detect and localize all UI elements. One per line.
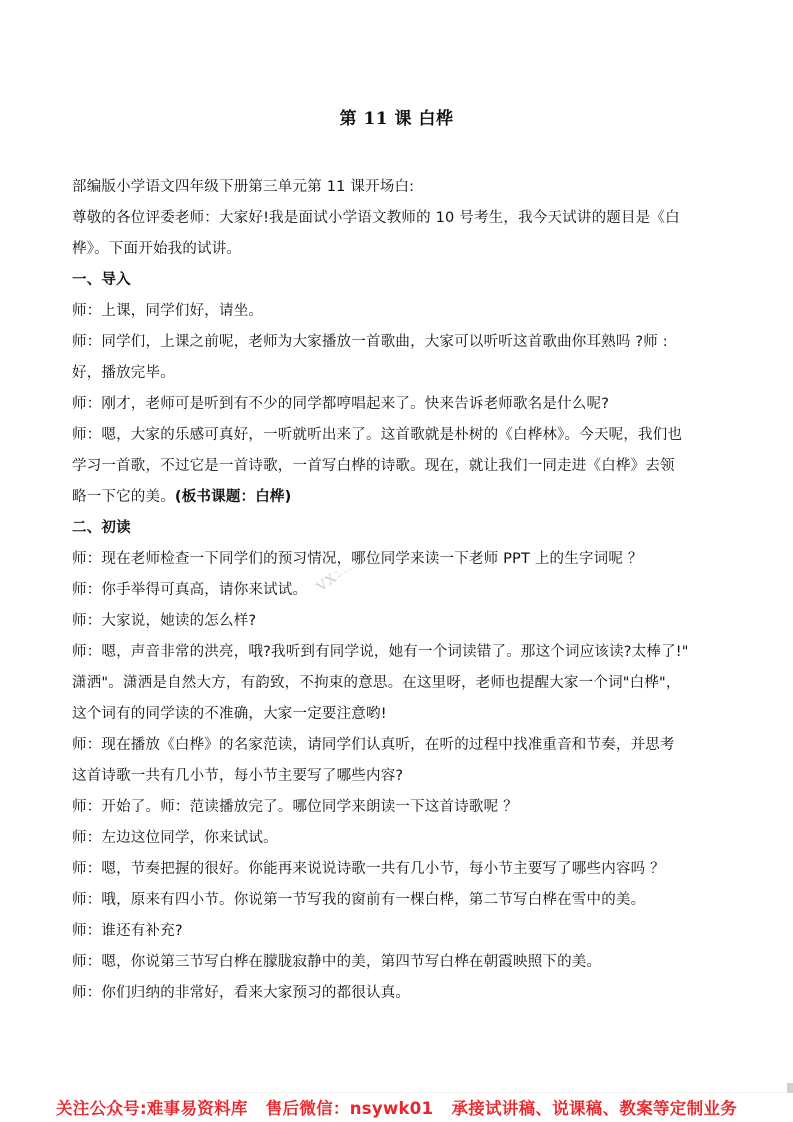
intro-line: 部编版小学语文四年级下册第三单元第 11 课开场白: xyxy=(72,172,724,203)
paragraph-line: 师：你手举得可真高，请你来试试。 xyxy=(72,575,724,606)
page-title: 第 11 课 白桦 xyxy=(0,104,793,129)
paragraph-line: 师：刚才，老师可是听到有不少的同学都哼唱起来了。快来告诉老师歌名是什么呢? xyxy=(72,389,724,420)
paragraph-line: 师：嗯，声音非常的洪亮，哦?我听到有同学说，她有一个词读错了。那这个词应该读?太… xyxy=(72,637,724,668)
paragraph-line: 尊敬的各位评委老师：大家好!我是面试小学语文教师的 10 号考生，我今天试讲的题… xyxy=(72,203,724,234)
footer-services-text: 承接试讲稿、说课稿、教案等定制业务 xyxy=(451,1099,737,1118)
paragraph-line: 师：嗯，你说第三节写白桦在朦胧寂静中的美，第四节写白桦在朝霞映照下的美。 xyxy=(72,947,724,978)
paragraph-line: 潇洒"。潇洒是自然大方，有韵致，不拘束的意思。在这里呀，老师也提醒大家一个词"白… xyxy=(72,668,724,699)
paragraph-line: 师：嗯，大家的乐感可真好，一听就听出来了。这首歌就是朴树的《白桦林》。今天呢，我… xyxy=(72,420,724,451)
paragraph-line: 师：开始了。师：范读播放完了。哪位同学来朗读一下这首诗歌呢 ？ xyxy=(72,792,724,823)
footer-wechat-text: 售后微信：nsywk01 xyxy=(266,1099,434,1118)
paragraph-line: 师：同学们，上课之前呢，老师为大家播放一首歌曲，大家可以听听这首歌曲你耳熟吗 ?… xyxy=(72,327,724,358)
paragraph-line: 好，播放完毕。 xyxy=(72,358,724,389)
paragraph-line: 这首诗歌一共有几小节，每小节主要写了哪些内容? xyxy=(72,761,724,792)
paragraph-line: 这个词有的同学读的不准确，大家一定要注意哟! xyxy=(72,699,724,730)
footer-banner: 关注公众号:难事易资料库 售后微信：nsywk01 承接试讲稿、说课稿、教案等定… xyxy=(0,1093,793,1122)
paragraph-line: 师：你们归纳的非常好，看来大家预习的都很认真。 xyxy=(72,978,724,1009)
paragraph-line: 师：现在播放《白桦》的名家范读，请同学们认真听，在听的过程中找准重音和节奏，并思… xyxy=(72,730,724,761)
page-corner-mark xyxy=(787,1083,793,1093)
paragraph-text: 略一下它的美。 xyxy=(72,489,175,505)
paragraph-line: 师：谁还有补充? xyxy=(72,916,724,947)
paragraph-line: 师：现在老师检查一下同学们的预习情况，哪位同学来读一下老师 PPT 上的生字词呢… xyxy=(72,544,724,575)
paragraph-line: 略一下它的美。(板书课题：白桦) xyxy=(72,482,724,513)
paragraph-line: 桦》。下面开始我的试讲。 xyxy=(72,234,724,265)
paragraph-line: 师：左边这位同学，你来试试。 xyxy=(72,823,724,854)
footer-account-text: 关注公众号:难事易资料库 xyxy=(56,1099,248,1118)
document-body: 部编版小学语文四年级下册第三单元第 11 课开场白: 尊敬的各位评委老师：大家好… xyxy=(72,172,724,1009)
board-title-note: (板书课题：白桦) xyxy=(175,489,292,505)
section-heading-first-reading: 二、初读 xyxy=(72,513,724,544)
paragraph-line: 师：哦，原来有四小节。你说第一节写我的窗前有一棵白桦，第二节写白桦在雪中的美。 xyxy=(72,885,724,916)
section-heading-intro: 一、导入 xyxy=(72,265,724,296)
paragraph-line: 学习一首歌，不过它是一首诗歌，一首写白桦的诗歌。现在，就让我们一同走进《白桦》去… xyxy=(72,451,724,482)
paragraph-line: 师：上课，同学们好，请坐。 xyxy=(72,296,724,327)
paragraph-line: 师：嗯，节奏把握的很好。你能再来说说诗歌一共有几小节，每小节主要写了哪些内容吗 … xyxy=(72,854,724,885)
paragraph-line: 师：大家说，她读的怎么样? xyxy=(72,606,724,637)
